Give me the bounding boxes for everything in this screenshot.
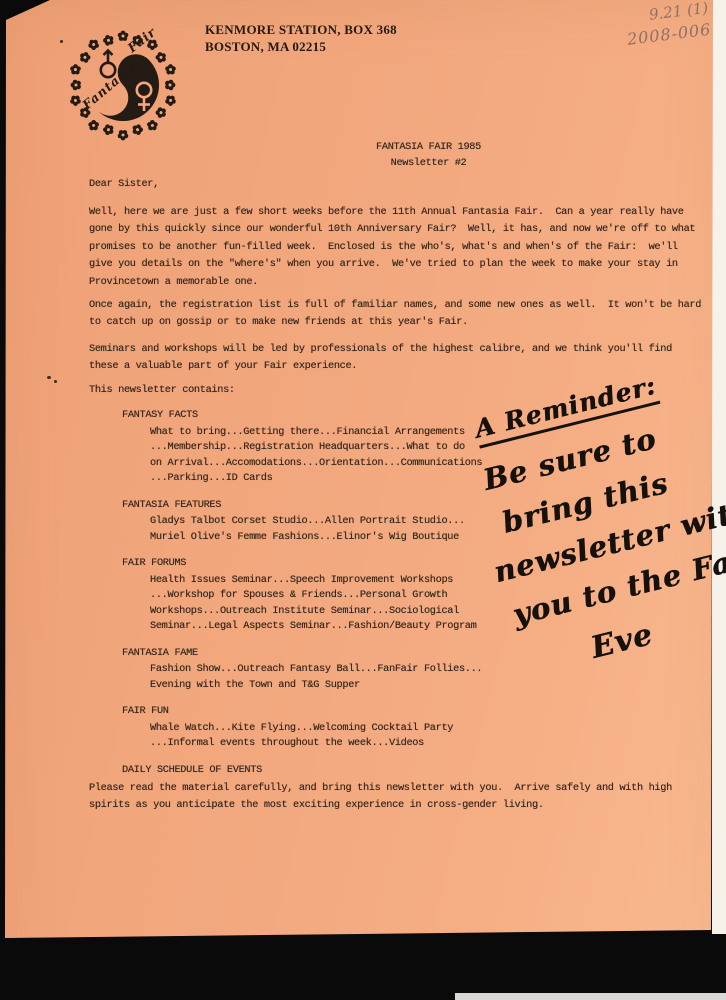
ink-speck: [60, 40, 63, 43]
section-heading: FAIR FUN: [122, 704, 482, 720]
contents-section: DAILY SCHEDULE OF EVENTS: [122, 763, 482, 779]
section-heading: FANTASIA FAME: [122, 646, 482, 662]
ink-speck: [54, 380, 57, 383]
section-heading: FANTASIA FEATURES: [122, 498, 482, 514]
title-line-1: FANTASIA FAIR 1985: [376, 141, 481, 153]
address-line-1: KENMORE STATION, BOX 368: [205, 22, 397, 37]
contents-intro: This newsletter contains:: [89, 382, 235, 399]
contents-section: FAIR FUN Whale Watch...Kite Flying...Wel…: [122, 704, 482, 752]
return-address: KENMORE STATION, BOX 368BOSTON, MA 02215: [205, 22, 397, 55]
section-heading: FANTASY FACTS: [122, 408, 482, 424]
scan-edge-white-bottom: [455, 993, 726, 1000]
address-line-2: BOSTON, MA 02215: [205, 39, 326, 54]
section-lines: Health Issues Seminar...Speech Improveme…: [150, 573, 482, 635]
ink-speck: [47, 376, 51, 379]
contents-section: FANTASIA FAME Fashion Show...Outreach Fa…: [122, 646, 482, 694]
section-lines: Fashion Show...Outreach Fantasy Ball...F…: [150, 662, 482, 693]
wreath-icon: [69, 31, 178, 141]
contents-section: FAIR FORUMS Health Issues Seminar...Spee…: [122, 556, 482, 635]
closing-paragraph: Please read the material carefully, and …: [89, 780, 672, 815]
contents-section: FANTASY FACTS What to bring...Getting th…: [122, 408, 482, 487]
section-lines: Whale Watch...Kite Flying...Welcoming Co…: [150, 721, 482, 752]
contents-section: FANTASIA FEATURES Gladys Talbot Corset S…: [122, 498, 482, 546]
paragraph-3: Seminars and workshops will be led by pr…: [89, 341, 672, 376]
contents-sections: FANTASY FACTS What to bring...Getting th…: [122, 408, 482, 789]
section-heading: FAIR FORUMS: [122, 556, 482, 572]
section-lines: What to bring...Getting there...Financia…: [150, 425, 482, 487]
newsletter-title: FANTASIA FAIR 1985Newsletter #2: [346, 139, 511, 172]
salutation: Dear Sister,: [89, 176, 159, 193]
paragraph-2: Once again, the registration list is ful…: [89, 297, 701, 332]
title-line-2: Newsletter #2: [391, 157, 467, 169]
paragraph-1: Well, here we are just a few short weeks…: [89, 204, 695, 291]
section-lines: Gladys Talbot Corset Studio...Allen Port…: [150, 514, 482, 545]
section-heading: DAILY SCHEDULE OF EVENTS: [122, 763, 482, 779]
fantasia-fair-logo: Fantasia Fair: [56, 24, 190, 146]
